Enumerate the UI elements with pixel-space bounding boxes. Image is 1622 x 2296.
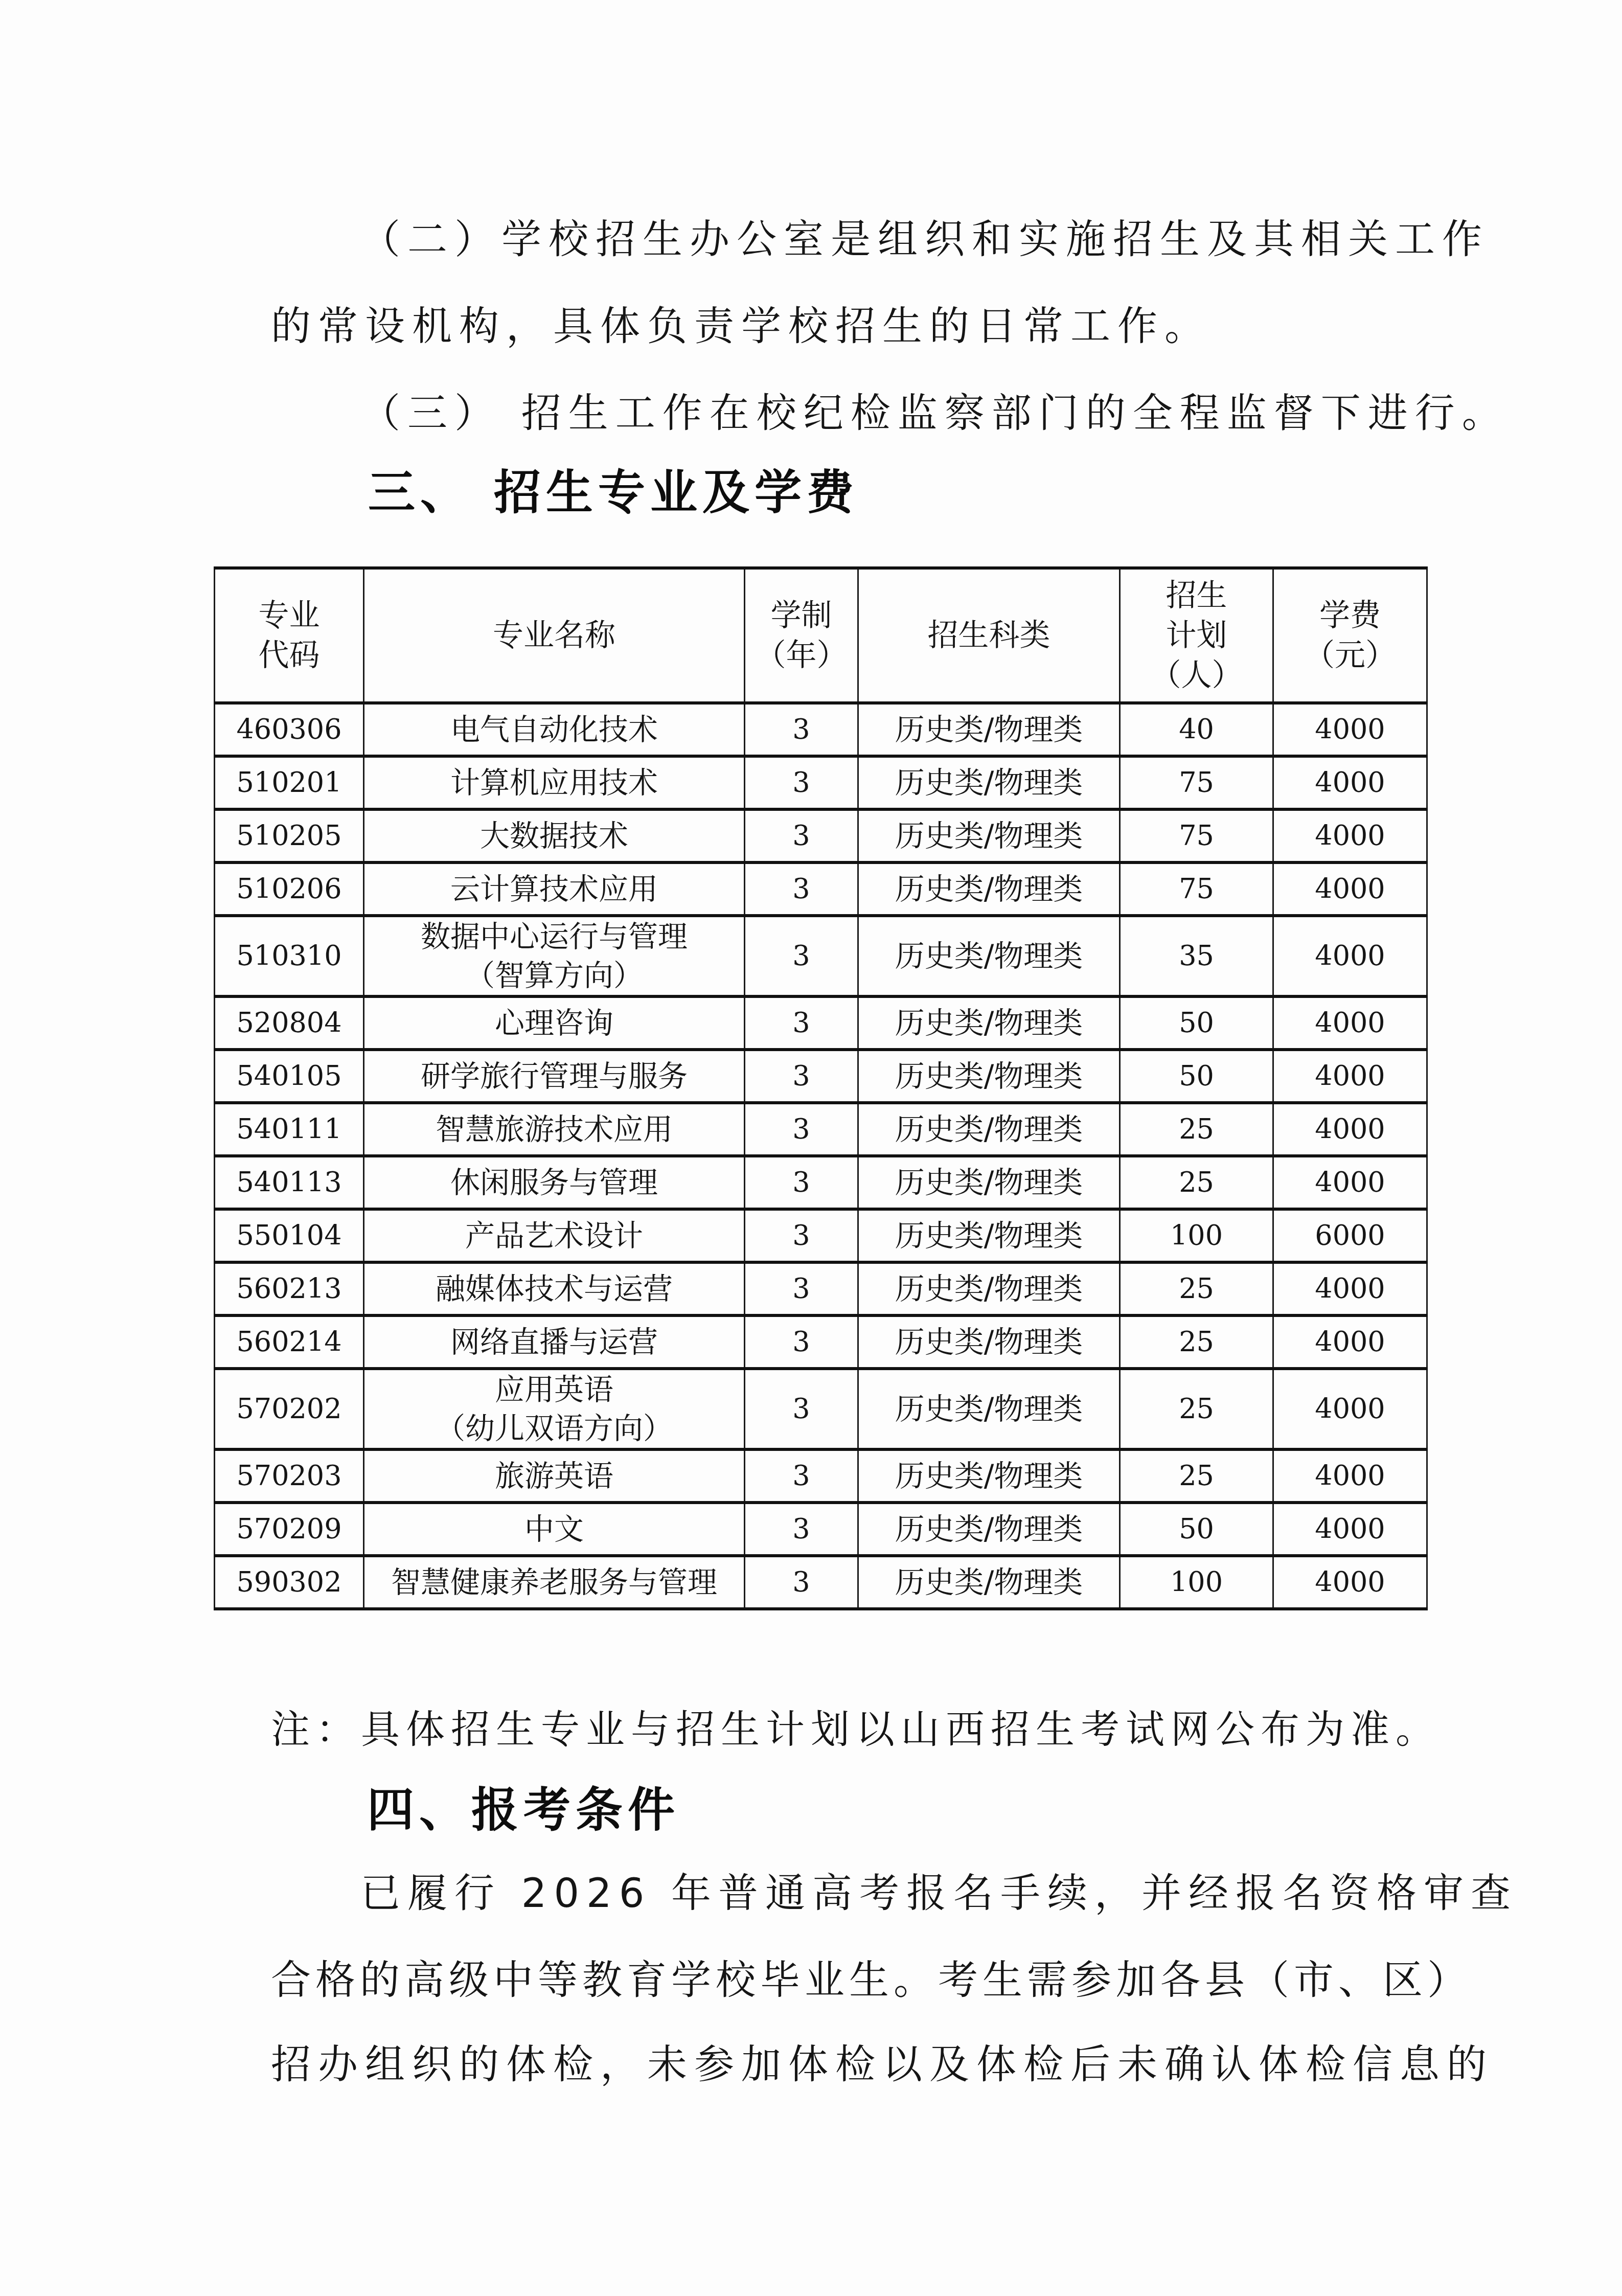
cell-plan: 75 — [1120, 756, 1273, 809]
cell-plan: 75 — [1120, 862, 1273, 916]
cell-years: 3 — [745, 1315, 858, 1369]
cell-plan: 25 — [1120, 1156, 1273, 1209]
table-row: 510205 大数据技术 3 历史类/物理类 75 4000 — [215, 809, 1427, 862]
cell-category: 历史类/物理类 — [858, 1556, 1120, 1609]
cell-name: 数据中心运行与管理 （智算方向） — [364, 916, 745, 996]
cell-category: 历史类/物理类 — [858, 996, 1120, 1050]
cell-years: 3 — [745, 1262, 858, 1315]
cell-years: 3 — [745, 1103, 858, 1156]
cell-code: 550104 — [215, 1209, 364, 1262]
cell-code: 570202 — [215, 1369, 364, 1449]
cell-years: 3 — [745, 1503, 858, 1556]
table-note: 注：具体招生专业与招生计划以山西招生考试网公布为准。 — [271, 1710, 1441, 1749]
cell-code: 510310 — [215, 916, 364, 996]
cell-category: 历史类/物理类 — [858, 1315, 1120, 1369]
cell-code: 570203 — [215, 1449, 364, 1503]
cell-category: 历史类/物理类 — [858, 1209, 1120, 1262]
cell-fee: 4000 — [1273, 1262, 1427, 1315]
table-row: 550104 产品艺术设计 3 历史类/物理类 100 6000 — [215, 1209, 1427, 1262]
cell-name: 网络直播与运营 — [364, 1315, 745, 1369]
cell-years: 3 — [745, 703, 858, 756]
cell-years: 3 — [745, 916, 858, 996]
table-row: 540111 智慧旅游技术应用 3 历史类/物理类 25 4000 — [215, 1103, 1427, 1156]
cell-category: 历史类/物理类 — [858, 1262, 1120, 1315]
paragraph-line: 招办组织的体检，未参加体检以及体检后未确认体检信息的 — [271, 2045, 1494, 2085]
cell-plan: 40 — [1120, 703, 1273, 756]
table-row: 540105 研学旅行管理与服务 3 历史类/物理类 50 4000 — [215, 1050, 1427, 1103]
cell-fee: 4000 — [1273, 1556, 1427, 1609]
cell-category: 历史类/物理类 — [858, 1449, 1120, 1503]
cell-plan: 25 — [1120, 1315, 1273, 1369]
cell-fee: 4000 — [1273, 703, 1427, 756]
table-row: 570202 应用英语 （幼儿双语方向） 3 历史类/物理类 25 4000 — [215, 1369, 1427, 1449]
column-header-category: 招生科类 — [858, 568, 1120, 703]
cell-name: 云计算技术应用 — [364, 862, 745, 916]
table-row: 570209 中文 3 历史类/物理类 50 4000 — [215, 1503, 1427, 1556]
cell-years: 3 — [745, 996, 858, 1050]
cell-code: 570209 — [215, 1503, 364, 1556]
cell-fee: 4000 — [1273, 1315, 1427, 1369]
cell-code: 560214 — [215, 1315, 364, 1369]
table-row: 590302 智慧健康养老服务与管理 3 历史类/物理类 100 4000 — [215, 1556, 1427, 1609]
column-header-name: 专业名称 — [364, 568, 745, 703]
cell-plan: 100 — [1120, 1556, 1273, 1609]
table-row: 570203 旅游英语 3 历史类/物理类 25 4000 — [215, 1449, 1427, 1503]
cell-name: 电气自动化技术 — [364, 703, 745, 756]
cell-name: 应用英语 （幼儿双语方向） — [364, 1369, 745, 1449]
cell-name: 智慧旅游技术应用 — [364, 1103, 745, 1156]
cell-category: 历史类/物理类 — [858, 756, 1120, 809]
table-row: 460306 电气自动化技术 3 历史类/物理类 40 4000 — [215, 703, 1427, 756]
cell-code: 560213 — [215, 1262, 364, 1315]
cell-category: 历史类/物理类 — [858, 1369, 1120, 1449]
cell-name: 旅游英语 — [364, 1449, 745, 1503]
cell-plan: 50 — [1120, 1503, 1273, 1556]
cell-name: 大数据技术 — [364, 809, 745, 862]
cell-name: 产品艺术设计 — [364, 1209, 745, 1262]
cell-plan: 25 — [1120, 1103, 1273, 1156]
column-header-plan: 招生 计划 （人） — [1120, 568, 1273, 703]
cell-years: 3 — [745, 1449, 858, 1503]
cell-fee: 4000 — [1273, 996, 1427, 1050]
column-header-years: 学制 （年） — [745, 568, 858, 703]
cell-code: 590302 — [215, 1556, 364, 1609]
cell-name: 休闲服务与管理 — [364, 1156, 745, 1209]
cell-plan: 25 — [1120, 1449, 1273, 1503]
cell-code: 540113 — [215, 1156, 364, 1209]
cell-code: 510206 — [215, 862, 364, 916]
cell-plan: 100 — [1120, 1209, 1273, 1262]
cell-fee: 4000 — [1273, 1103, 1427, 1156]
section-heading-4: 四、报考条件 — [367, 1787, 680, 1834]
cell-code: 460306 — [215, 703, 364, 756]
table-row: 510310 数据中心运行与管理 （智算方向） 3 历史类/物理类 35 400… — [215, 916, 1427, 996]
cell-category: 历史类/物理类 — [858, 1050, 1120, 1103]
paragraph-line: 已履行 2026 年普通高考报名手续，并经报名资格审查 — [360, 1874, 1518, 1914]
cell-fee: 4000 — [1273, 1449, 1427, 1503]
paragraph-item-2-line1: （二）学校招生办公室是组织和实施招生及其相关工作 — [360, 220, 1489, 260]
cell-plan: 35 — [1120, 916, 1273, 996]
cell-name: 融媒体技术与运营 — [364, 1262, 745, 1315]
majors-table: 专业 代码 专业名称 学制 （年） 招生科类 招生 计划 （人） — [214, 566, 1428, 1610]
cell-name: 中文 — [364, 1503, 745, 1556]
cell-years: 3 — [745, 1050, 858, 1103]
cell-years: 3 — [745, 756, 858, 809]
cell-plan: 50 — [1120, 996, 1273, 1050]
cell-category: 历史类/物理类 — [858, 809, 1120, 862]
table-row: 510201 计算机应用技术 3 历史类/物理类 75 4000 — [215, 756, 1427, 809]
table-row: 560214 网络直播与运营 3 历史类/物理类 25 4000 — [215, 1315, 1427, 1369]
cell-years: 3 — [745, 1556, 858, 1609]
cell-code: 520804 — [215, 996, 364, 1050]
cell-category: 历史类/物理类 — [858, 1156, 1120, 1209]
paragraph-item-3: （三） 招生工作在校纪检监察部门的全程监督下进行。 — [360, 394, 1509, 434]
cell-code: 540105 — [215, 1050, 364, 1103]
table-row: 510206 云计算技术应用 3 历史类/物理类 75 4000 — [215, 862, 1427, 916]
cell-fee: 4000 — [1273, 1050, 1427, 1103]
cell-fee: 4000 — [1273, 809, 1427, 862]
table-row: 540113 休闲服务与管理 3 历史类/物理类 25 4000 — [215, 1156, 1427, 1209]
cell-years: 3 — [745, 1156, 858, 1209]
cell-fee: 4000 — [1273, 1156, 1427, 1209]
cell-category: 历史类/物理类 — [858, 1103, 1120, 1156]
cell-fee: 4000 — [1273, 756, 1427, 809]
cell-plan: 25 — [1120, 1369, 1273, 1449]
cell-years: 3 — [745, 862, 858, 916]
section-heading-3: 三、 招生专业及学费 — [368, 469, 859, 516]
cell-category: 历史类/物理类 — [858, 703, 1120, 756]
cell-plan: 25 — [1120, 1262, 1273, 1315]
cell-name: 研学旅行管理与服务 — [364, 1050, 745, 1103]
table-row: 520804 心理咨询 3 历史类/物理类 50 4000 — [215, 996, 1427, 1050]
cell-plan: 75 — [1120, 809, 1273, 862]
cell-fee: 4000 — [1273, 862, 1427, 916]
paragraph-item-2-line2: 的常设机构，具体负责学校招生的日常工作。 — [271, 307, 1212, 347]
cell-fee: 4000 — [1273, 1503, 1427, 1556]
cell-fee: 6000 — [1273, 1209, 1427, 1262]
cell-fee: 4000 — [1273, 1369, 1427, 1449]
cell-name: 心理咨询 — [364, 996, 745, 1050]
cell-code: 540111 — [215, 1103, 364, 1156]
cell-code: 510205 — [215, 809, 364, 862]
document-page: （二）学校招生办公室是组织和实施招生及其相关工作 的常设机构，具体负责学校招生的… — [0, 0, 1622, 2296]
table-row: 560213 融媒体技术与运营 3 历史类/物理类 25 4000 — [215, 1262, 1427, 1315]
cell-category: 历史类/物理类 — [858, 862, 1120, 916]
cell-code: 510201 — [215, 756, 364, 809]
cell-category: 历史类/物理类 — [858, 1503, 1120, 1556]
cell-plan: 50 — [1120, 1050, 1273, 1103]
column-header-code: 专业 代码 — [215, 568, 364, 703]
column-header-fee: 学费 （元） — [1273, 568, 1427, 703]
cell-fee: 4000 — [1273, 916, 1427, 996]
cell-name: 智慧健康养老服务与管理 — [364, 1556, 745, 1609]
cell-category: 历史类/物理类 — [858, 916, 1120, 996]
cell-years: 3 — [745, 1209, 858, 1262]
cell-name: 计算机应用技术 — [364, 756, 745, 809]
table-header-row: 专业 代码 专业名称 学制 （年） 招生科类 招生 计划 （人） — [215, 568, 1427, 703]
cell-years: 3 — [745, 809, 858, 862]
cell-years: 3 — [745, 1369, 858, 1449]
paragraph-line: 合格的高级中等教育学校毕业生。考生需参加各县（市、区） — [271, 1961, 1472, 2001]
